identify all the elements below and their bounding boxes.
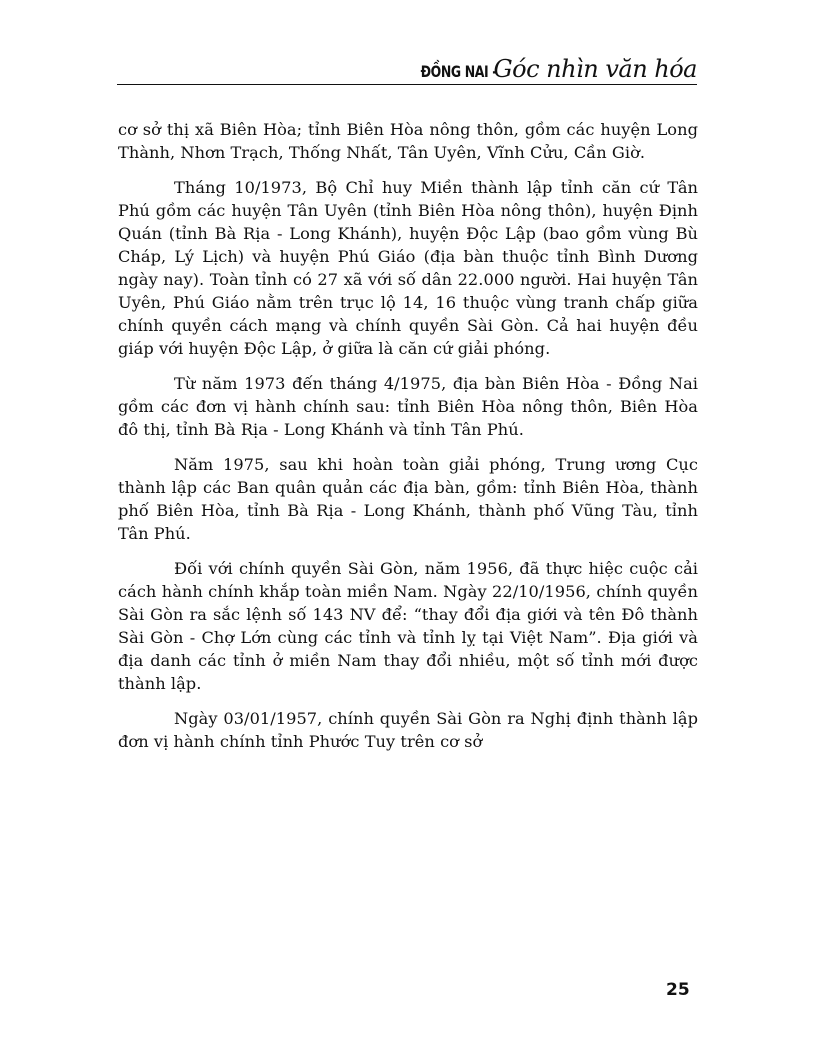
- book-title-script: Góc nhìn văn hóa: [493, 55, 697, 83]
- book-title: ĐỒNG NAI - Góc nhìn văn hóa: [399, 55, 697, 83]
- book-title-bold: ĐỒNG NAI -: [421, 62, 497, 81]
- paragraph-1: cơ sở thị xã Biên Hòa; tỉnh Biên Hòa nôn…: [118, 118, 698, 164]
- paragraph-2: Tháng 10/1973, Bộ Chỉ huy Miền thành lập…: [118, 176, 698, 360]
- running-header: ĐỒNG NAI - Góc nhìn văn hóa: [117, 52, 697, 85]
- paragraph-5: Đối với chính quyền Sài Gòn, năm 1956, đ…: [118, 557, 698, 695]
- paragraph-3: Từ năm 1973 đến tháng 4/1975, địa bàn Bi…: [118, 372, 698, 441]
- page-body: cơ sở thị xã Biên Hòa; tỉnh Biên Hòa nôn…: [118, 118, 698, 765]
- page-number: 25: [666, 980, 690, 1000]
- paragraph-6: Ngày 03/01/1957, chính quyền Sài Gòn ra …: [118, 707, 698, 753]
- paragraph-4: Năm 1975, sau khi hoàn toàn giải phóng, …: [118, 453, 698, 545]
